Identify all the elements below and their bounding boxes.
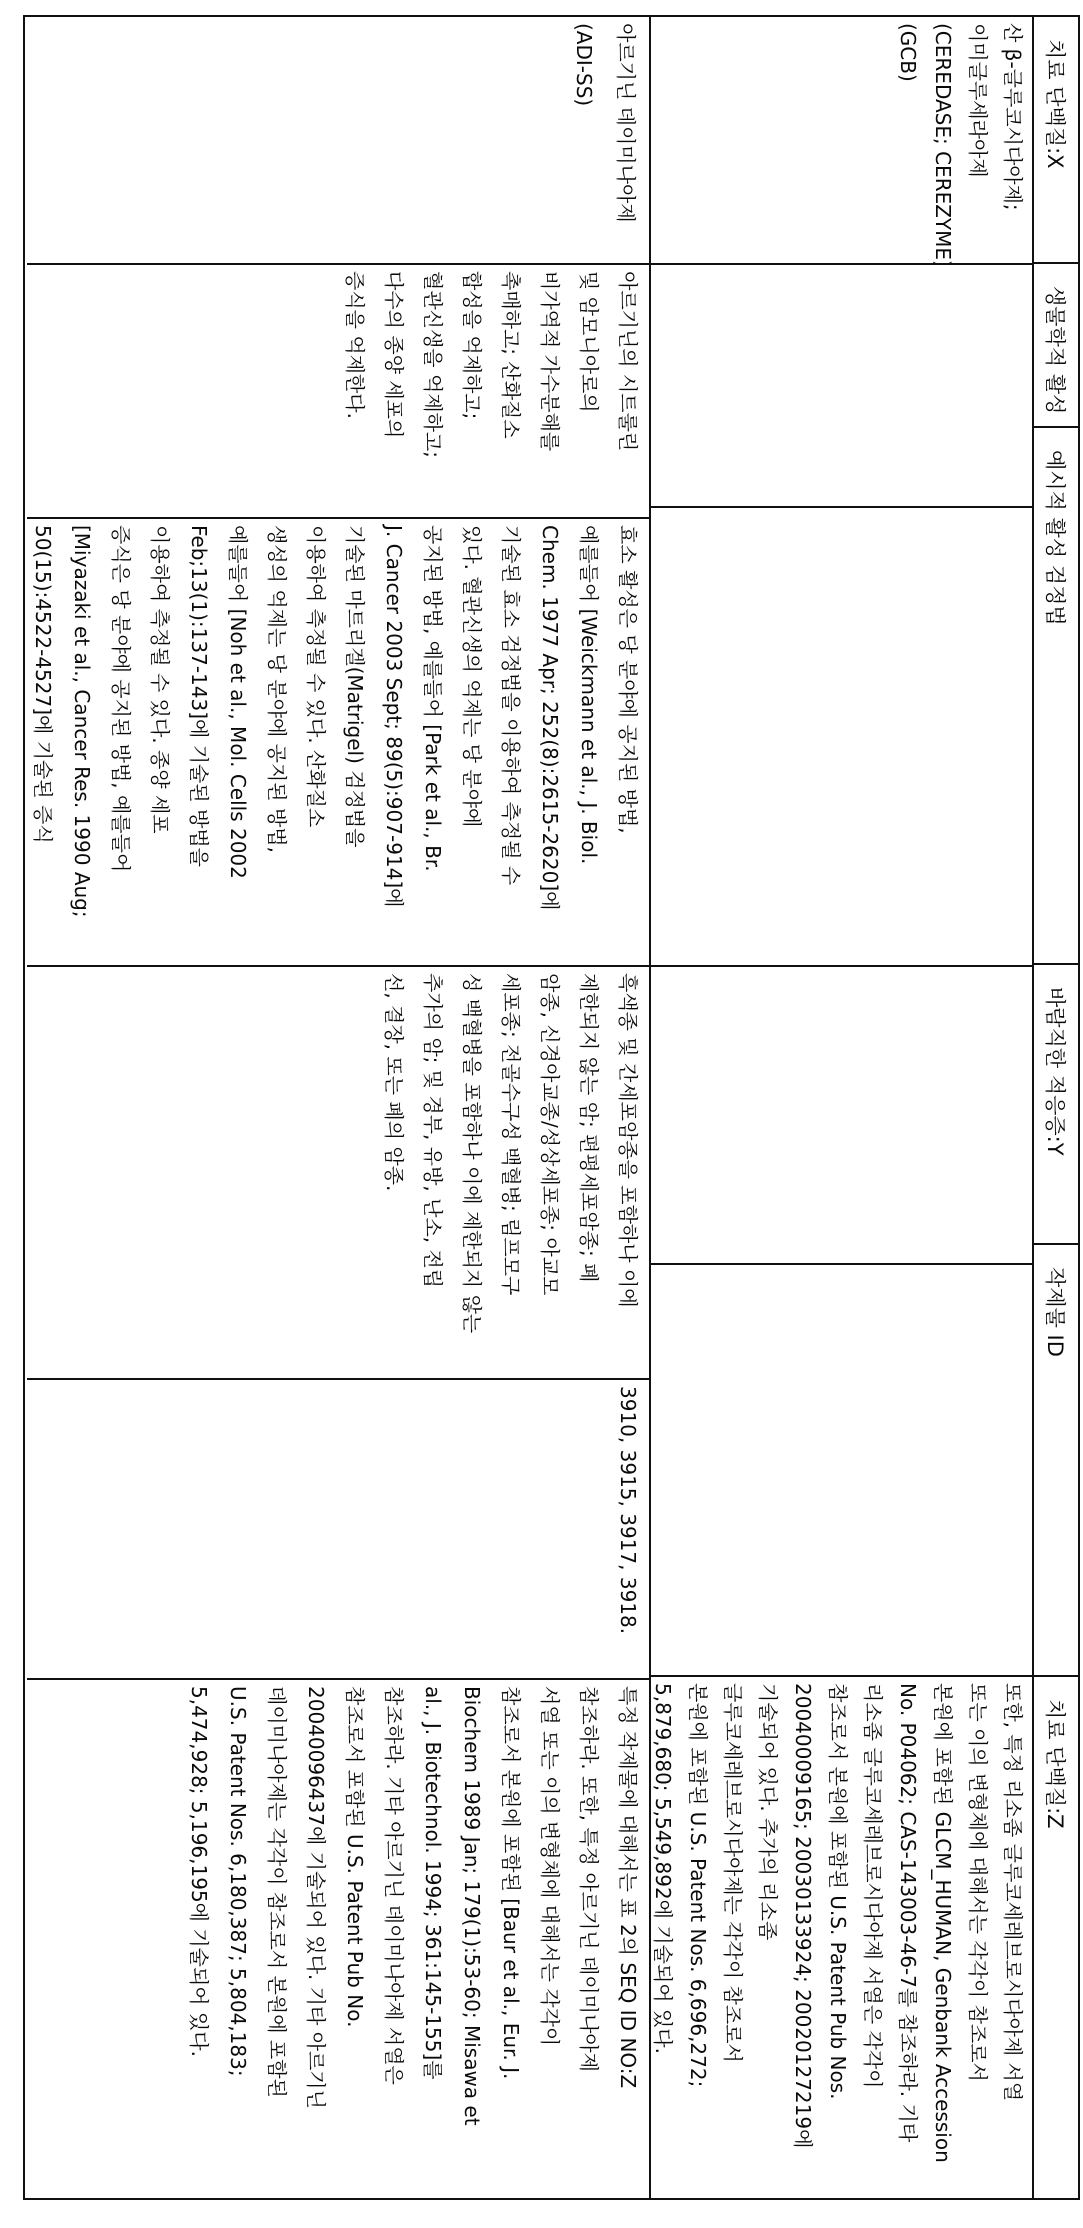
adi-activity-assay-cell: 효소 활성은 당 분야에 공지된 방법,예를들어 [Weickmann et a… (27, 519, 649, 967)
cell-line: No. P04062; CAS-143003-46-7를 참조하라. 기타 (890, 1683, 925, 2194)
header-cell-construct-id: 작제물 ID (1034, 1245, 1078, 1677)
cell-line: 서열 또는 이의 변형체에 대해서는 각각이 (530, 1686, 569, 2194)
cell-line: Feb;13(1):137-143]에 기술된 방법을 (179, 525, 218, 961)
cell-line: 추가의 암; 및 경부, 유방, 난소, 전립 (413, 973, 452, 1374)
header-label: 예시적 활성 검정법 (1041, 450, 1071, 626)
cell-line: 흑색종 및 간세포암종을 포함하나 이에 (608, 973, 647, 1374)
adi-protein-x-cell: 아르기닌 데이미나아제(ADI-SS) (27, 17, 649, 265)
cell-line: 및 암모니아로의 (569, 271, 608, 513)
adi-biological-activity-cell: 아르기닌의 시트룰린및 암모니아로의비가역적 가수분해를촉매하고; 산화질소합성… (27, 265, 649, 519)
header-cell-therapeutic-protein-x: 치료 단백질:X (1034, 17, 1078, 264)
cell-line: 비가역적 가수분해를 (530, 271, 569, 513)
cell-line: (ADI-SS) (563, 23, 605, 259)
header-cell-exemplary-activity-assay: 예시적 활성 검정법 (1034, 428, 1078, 965)
cell-line: 예를들어 [Noh et al., Mol. Cells 2002 (218, 525, 257, 961)
cell-line: 참조로서 본원에 포함된 U.S. Patent Pub Nos. (820, 1683, 855, 2194)
cell-line: 데이미나아제는 각각이 참조로서 본원에 포함된 (257, 1686, 296, 2194)
header-cell-preferred-indication-y: 바람직한 적응증:Y (1034, 965, 1078, 1245)
therapeutic-protein-table: 치료 단백질:X 생물학적 활성 예시적 활성 검정법 바람직한 적응증:Y 작… (23, 15, 1080, 2200)
gcb-construct-id-cell (651, 1265, 1032, 1677)
header-cell-biological-activity: 생물학적 활성 (1034, 264, 1078, 428)
cell-line: 합성을 억제하고; (452, 271, 491, 513)
cell-line: 이용하여 측정될 수 있다. 산화질소 (296, 525, 335, 961)
cell-line: 5,879,680; 5,549,892에 기술되어 있다. (651, 1683, 680, 2194)
table-row-gcb: 산 β-글루코시다아제;이미글루세라아제(CEREDASE; CEREZYME)… (649, 17, 1032, 2198)
cell-line: 20040096437에 기술되어 있다. 기타 아르기닌 (296, 1686, 335, 2194)
cell-line: 증식은 당 분야에 공지된 방법, 예를들어 (101, 525, 140, 961)
header-label: 작제물 ID (1041, 1267, 1071, 1357)
cell-line: 혈관신생을 억제하고; (413, 271, 452, 513)
cell-line: 암종, 신경아교종/성상세포종; 아교모 (530, 973, 569, 1374)
cell-line: 기술되어 있다. 추가의 리소좀 (750, 1683, 785, 2194)
cell-line: 촉매하고; 산화질소 (491, 271, 530, 513)
cell-line: 기술된 효소 검정법을 이용하여 측정될 수 (491, 525, 530, 961)
cell-line: 50(15):4522-4527]에 기술된 증식 (27, 525, 62, 961)
cell-line: U.S. Patent Nos. 6,180,387; 5,804,183; (218, 1686, 257, 2194)
cell-line: 특정 작제물에 대해서는 표 2의 SEQ ID NO:Z (608, 1686, 647, 2194)
cell-line: 글루코세레브로시다아제는 각각이 참조로서 (715, 1683, 750, 2194)
cell-line: 20040009165; 20030133924; 20020127219에 (785, 1683, 820, 2194)
gcb-protein-z-cell: 또한, 특정 리소좀 글루코세레브로시다아제 서열또는 이의 변형체에 대해서는… (651, 1677, 1032, 2198)
cell-line: 아르기닌 데이미나아제 (605, 23, 647, 259)
cell-line: 효소 활성은 당 분야에 공지된 방법, (608, 525, 647, 961)
cell-line: 또는 이의 변형체에 대해서는 각각이 참조로서 (960, 1683, 995, 2194)
scanned-patent-page: 치료 단백질:X 생물학적 활성 예시적 활성 검정법 바람직한 적응증:Y 작… (0, 0, 1083, 2228)
cell-line: 세포종; 전골수구성 백혈병; 림프모구 (491, 973, 530, 1374)
cell-line: Biochem 1989 Jan; 179(1):53-60; Misawa e… (452, 1686, 491, 2194)
gcb-biological-activity-cell (651, 265, 1032, 508)
cell-line: J. Cancer 2003 Sept; 89(5):907-914]에 (374, 525, 413, 961)
cell-line: 5,474,928; 5,196,195에 기술되어 있다. (179, 1686, 218, 2194)
cell-line: 기술된 마트리겔(Matrigel) 검정법을 (335, 525, 374, 961)
adi-indication-cell: 흑색종 및 간세포암종을 포함하나 이에제한되지 않는 암; 편평세포암종; 폐… (27, 967, 649, 1380)
cell-line: (CEREDASE; CEREZYME) (925, 23, 960, 259)
cell-line: 선, 결장, 또는 폐의 암종. (374, 973, 413, 1374)
gcb-activity-assay-cell (651, 508, 1032, 967)
cell-line: 증식을 억제한다. (335, 271, 374, 513)
header-label: 생물학적 활성 (1041, 286, 1071, 414)
cell-line: 산 β-글루코시다아제; (995, 23, 1030, 259)
cell-line: (GCB) (890, 23, 925, 259)
cell-line: 다수의 종양 세포의 (374, 271, 413, 513)
cell-line: 예를들어 [Weickmann et al., J. Biol. (569, 525, 608, 961)
cell-line: 본원에 포함된 U.S. Patent Nos. 6,696,272; (680, 1683, 715, 2194)
table-header-row: 치료 단백질:X 생물학적 활성 예시적 활성 검정법 바람직한 적응증:Y 작… (1032, 17, 1078, 2198)
cell-line: 아르기닌의 시트룰린 (608, 271, 647, 513)
cell-line: 또한, 특정 리소좀 글루코세레브로시다아제 서열 (995, 1683, 1030, 2194)
header-cell-therapeutic-protein-z: 치료 단백질:Z (1034, 1677, 1078, 2198)
cell-line: 참조하라. 또한, 특정 아르기닌 데이미나아제 (569, 1686, 608, 2194)
cell-line: 성 백혈병을 포함하나 이에 제한되지 않는 (452, 973, 491, 1374)
cell-line: Chem. 1977 Apr; 252(8):2615-2620]에 (530, 525, 569, 961)
header-label: 치료 단백질:X (1041, 39, 1071, 169)
cell-line: 리소좀 글루코세레브로시다아제 서열은 각각이 (855, 1683, 890, 2194)
table-row-adi: 아르기닌 데이미나아제(ADI-SS) 아르기닌의 시트룰린및 암모니아로의비가… (27, 17, 649, 2198)
cell-line: 있다. 혈관신생의 억제는 당 분야에 (452, 525, 491, 961)
cell-line: 본원에 포함된 GLCM_HUMAN, Genbank Accession (925, 1683, 960, 2194)
header-label: 바람직한 적응증:Y (1041, 987, 1071, 1156)
cell-line: al., J. Biotechnol. 1994; 361:145-155]를 (413, 1686, 452, 2194)
cell-line: 공지된 방법, 예를들어 [Park et al., Br. (413, 525, 452, 961)
cell-line: 참조로서 포함된 U.S. Patent Pub No. (335, 1686, 374, 2194)
cell-line: 이용하여 측정될 수 있다. 종양 세포 (140, 525, 179, 961)
header-label: 치료 단백질:Z (1041, 1699, 1071, 1829)
adi-construct-id-cell: 3910, 3915, 3917, 3918. (27, 1380, 649, 1680)
gcb-protein-x-cell: 산 β-글루코시다아제;이미글루세라아제(CEREDASE; CEREZYME)… (651, 17, 1032, 265)
cell-line: 제한되지 않는 암; 편평세포암종; 폐 (569, 973, 608, 1374)
cell-line: 참조로서 본원에 포함된 [Baur et al., Eur. J. (491, 1686, 530, 2194)
cell-line: 3910, 3915, 3917, 3918. (608, 1386, 647, 1674)
cell-line: 이미글루세라아제 (960, 23, 995, 259)
gcb-indication-cell (651, 967, 1032, 1265)
cell-line: 참조하라. 기타 아르기닌 데이미나아제 서열은 (374, 1686, 413, 2194)
cell-line: 생성의 억제는 당 분야에 공지된 방법, (257, 525, 296, 961)
rotated-table-canvas: 치료 단백질:X 생물학적 활성 예시적 활성 검정법 바람직한 적응증:Y 작… (0, 0, 1083, 2228)
cell-line: [Miyazaki et al., Cancer Res. 1990 Aug; (62, 525, 101, 961)
adi-protein-z-cell: 특정 작제물에 대해서는 표 2의 SEQ ID NO:Z참조하라. 또한, 특… (27, 1680, 649, 2198)
